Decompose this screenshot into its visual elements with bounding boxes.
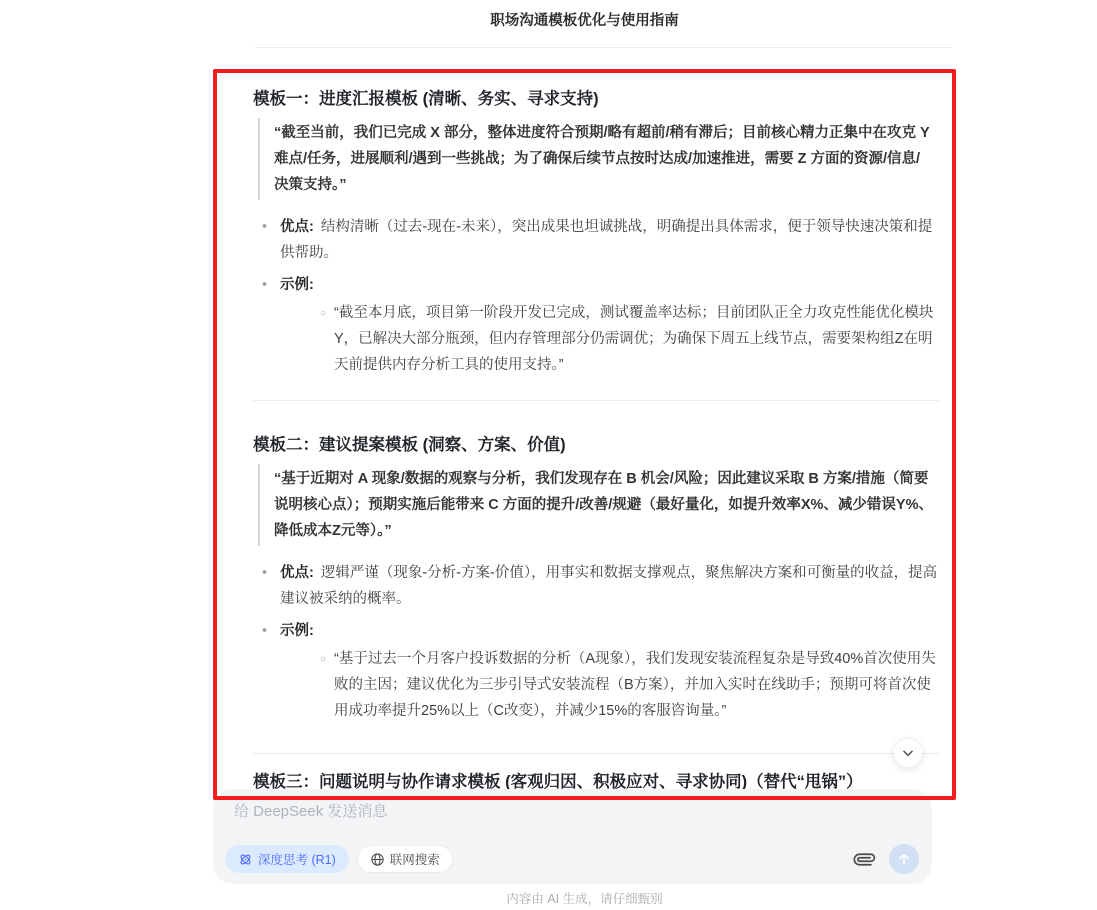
attach-file-button[interactable]: [854, 849, 875, 870]
input-action-row: [854, 844, 919, 874]
section-1-template-quote: “截至当前，我们已完成 X 部分，整体进度符合预期/略有超前/稍有滞后；目前核心…: [258, 118, 939, 200]
page-title: 职场沟通模板优化与使用指南: [213, 9, 956, 30]
pros-label: 优点:: [280, 565, 314, 581]
section-1-pros-item: 优点:结构清晰（过去-现在-未来），突出成果也坦诚挑战，明确提出具体需求，便于领…: [253, 214, 939, 266]
send-message-button[interactable]: [889, 844, 919, 874]
ai-disclaimer: 内容由 AI 生成，请仔细甄别: [213, 889, 956, 907]
scroll-to-bottom-button[interactable]: [893, 738, 923, 768]
deep-think-label: 深度思考 (R1): [258, 850, 336, 868]
pros-text: 逻辑严谨（现象-分析-方案-价值），用事实和数据支撑观点，聚焦解决方案和可衡量的…: [280, 565, 937, 607]
pros-label: 优点:: [280, 219, 314, 235]
arrow-up-icon: [896, 851, 912, 867]
section-1-bullet-list: 优点:结构清晰（过去-现在-未来），突出成果也坦诚挑战，明确提出具体需求，便于领…: [253, 214, 939, 378]
example-label: 示例:: [280, 623, 314, 639]
section-2-example-item: 示例: “基于过去一个月客户投诉数据的分析（A现象），我们发现安装流程复杂是导致…: [253, 618, 939, 724]
chat-input-panel[interactable]: 给 DeepSeek 发送消息 深度思考 (R1) 联网搜索: [213, 789, 932, 884]
paperclip-icon: [850, 844, 880, 874]
example-label: 示例:: [280, 277, 314, 293]
section-2-template-quote: “基于近期对 A 现象/数据的观察与分析，我们发现存在 B 机会/风险；因此建议…: [258, 464, 939, 546]
section-1-example-item: 示例: “截至本月底，项目第一阶段开发已完成，测试覆盖率达标；目前团队正全力攻克…: [253, 272, 939, 378]
globe-icon: [370, 852, 385, 867]
section-2-heading: 模板二：建议提案模板 (洞察、方案、价值): [253, 434, 939, 456]
section-2-example-quote: “基于过去一个月客户投诉数据的分析（A现象），我们发现安装流程复杂是导致40%首…: [280, 646, 939, 724]
section-2-pros-item: 优点:逻辑严谨（现象-分析-方案-价值），用事实和数据支撑观点，聚焦解决方案和可…: [253, 560, 939, 612]
chevron-down-icon: [900, 745, 916, 761]
input-toggle-row: 深度思考 (R1) 联网搜索: [225, 845, 453, 873]
section-2-example-sublist: “基于过去一个月客户投诉数据的分析（A现象），我们发现安装流程复杂是导致40%首…: [280, 646, 939, 724]
article-content: 模板一：进度汇报模板 (清晰、务实、寻求支持) “截至当前，我们已完成 X 部分…: [253, 75, 939, 793]
top-divider: [255, 47, 952, 48]
web-search-toggle[interactable]: 联网搜索: [357, 845, 453, 873]
section-1-example-quote: “截至本月底，项目第一阶段开发已完成，测试覆盖率达标；目前团队正全力攻克性能优化…: [280, 300, 939, 378]
section-divider: [253, 753, 939, 754]
pros-text: 结构清晰（过去-现在-未来），突出成果也坦诚挑战，明确提出具体需求，便于领导快速…: [280, 219, 932, 261]
message-input[interactable]: 给 DeepSeek 发送消息: [234, 800, 387, 821]
section-divider: [253, 400, 939, 401]
atom-icon: [238, 852, 253, 867]
web-search-label: 联网搜索: [390, 850, 440, 868]
section-2-bullet-list: 优点:逻辑严谨（现象-分析-方案-价值），用事实和数据支撑观点，聚焦解决方案和可…: [253, 560, 939, 724]
deep-think-toggle[interactable]: 深度思考 (R1): [225, 845, 349, 873]
section-1-heading: 模板一：进度汇报模板 (清晰、务实、寻求支持): [253, 88, 939, 110]
section-1-example-sublist: “截至本月底，项目第一阶段开发已完成，测试覆盖率达标；目前团队正全力攻克性能优化…: [280, 300, 939, 378]
